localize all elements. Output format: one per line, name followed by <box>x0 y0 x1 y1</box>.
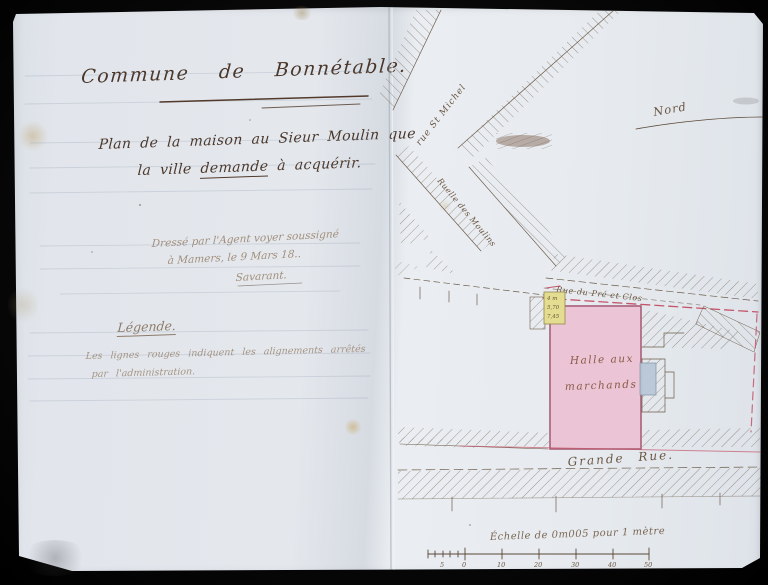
ink-smudge <box>496 133 552 149</box>
scale-tick-40: 40 <box>607 561 616 569</box>
note-line-1: 4 m <box>546 296 557 302</box>
scale-tick-10: 10 <box>497 561 505 569</box>
plan-drawing: rue St Michel Ruelle des Moulins <box>0 0 768 585</box>
street-north-of-building: Rue du Pré et Clos <box>543 254 758 312</box>
scale-tick-50: 50 <box>644 561 652 569</box>
scale-caption: Échelle de 0m005 pour 1 mètre <box>489 525 666 543</box>
note-line-3: 7,45 <box>547 314 560 320</box>
measurement-note: 4 m 5,70 7,45 <box>544 286 565 324</box>
scale-tick-20: 20 <box>533 561 542 569</box>
open-place <box>394 260 549 447</box>
guide-lines <box>25 71 375 401</box>
building-label-line2: marchands <box>565 378 638 393</box>
street-label-north: Rue du Pré et Clos <box>555 285 643 303</box>
road-junction-edge <box>469 158 568 266</box>
building-label-line1: Halle aux <box>569 353 635 367</box>
scale-tick-0: 0 <box>462 561 466 569</box>
north-indicator: Nord <box>636 98 762 130</box>
ink-specks <box>91 119 471 526</box>
scale-tick-5: 5 <box>440 561 444 569</box>
building-halle-aux-marchands: Halle aux marchands <box>550 306 641 449</box>
street-label-grande-rue: Grande Rue. <box>567 448 674 469</box>
grande-rue-south-frontage <box>398 467 762 512</box>
note-line-2: 5,70 <box>547 305 560 311</box>
annex-blue <box>640 363 656 395</box>
annex-left <box>530 297 545 329</box>
pencil-smudge <box>733 98 759 105</box>
scale-bar: Échelle de 0m005 pour 1 mètre 5 0 10 20 … <box>428 525 665 569</box>
scale-tick-30: 30 <box>571 561 579 569</box>
north-label: Nord <box>651 99 688 119</box>
photographed-archival-plan: Commune de Bonnétable. Plan de la maison… <box>0 0 768 585</box>
street-label-rue-st-michel: rue St Michel <box>414 83 468 148</box>
